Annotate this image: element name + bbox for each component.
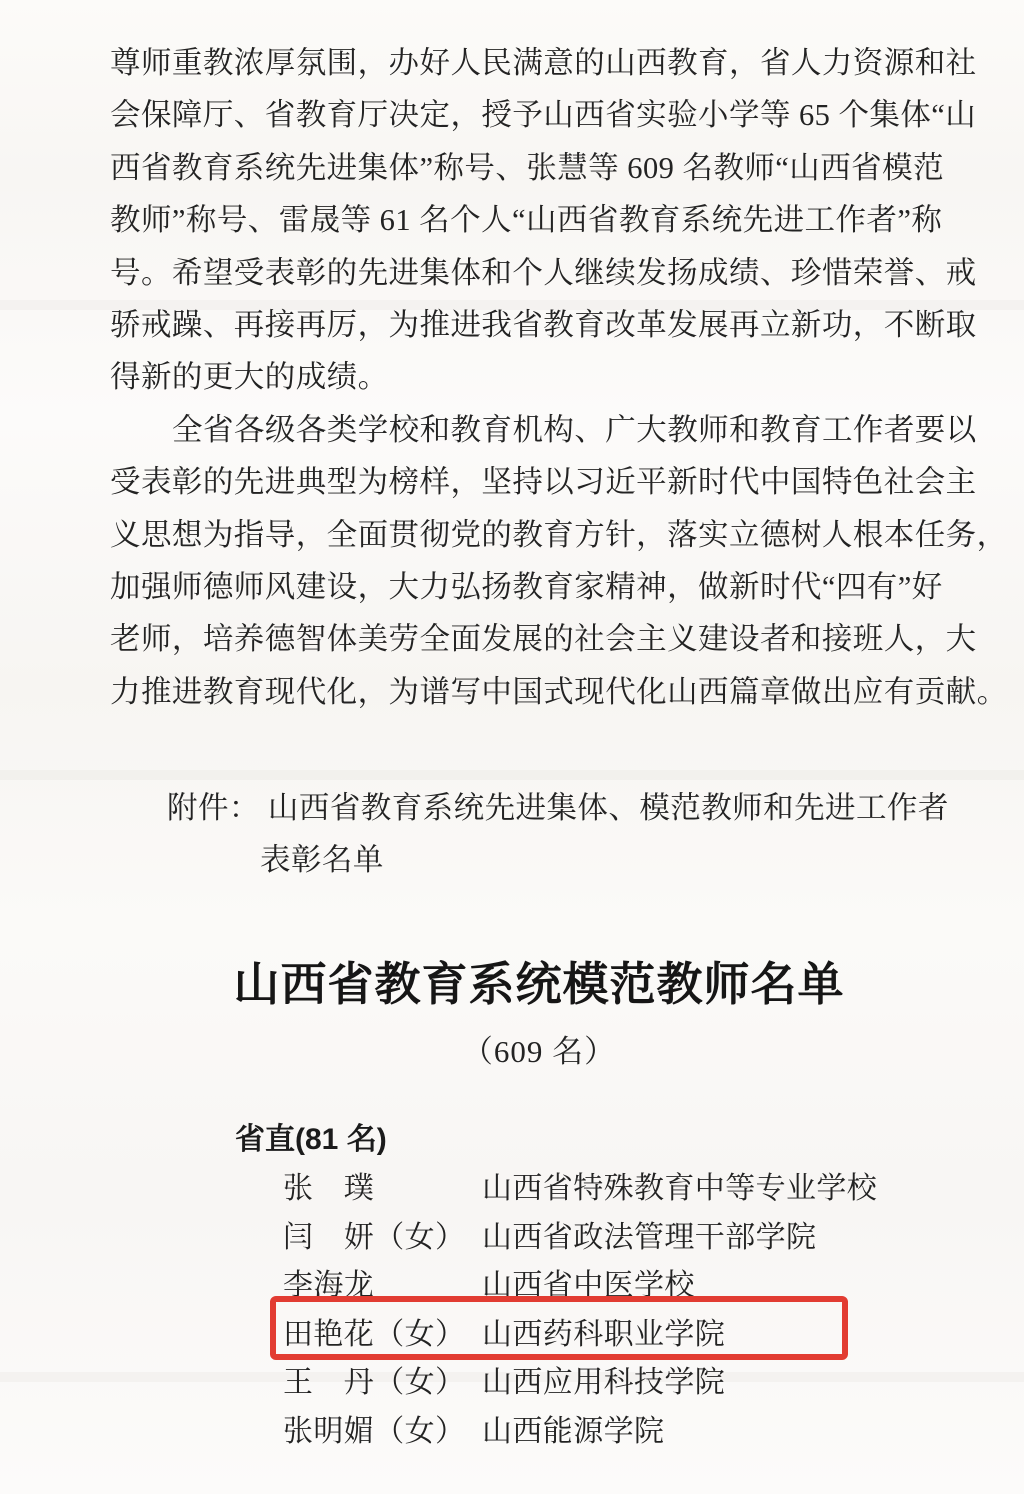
roster-subtitle: （609 名） [110,1026,968,1078]
attachment-line: 表彰名单 [260,834,967,886]
attachment-note: 附件： 山西省教育系统先进集体、模范教师和先进工作者 表彰名单 [167,782,967,887]
body-line: 号。希望受表彰的先进集体和个人继续发扬成绩、珍惜荣誉、戒 [110,247,970,299]
body-line: 老师，培养德智体美劳全面发展的社会主义建设者和接班人，大 [110,613,970,665]
teacher-name: 李海龙 [283,1260,482,1304]
teacher-school: 山西能源学院 [482,1406,664,1450]
roster-row: 闫 妍（女） 山西省政法管理干部学院 [283,1210,973,1259]
body-line: 受表彰的先进典型为榜样，坚持以习近平新时代中国特色社会主 [110,456,970,508]
teacher-school: 山西省中医学校 [482,1260,695,1304]
body-line: 教师”称号、雷晟等 61 名个人“山西省教育系统先进工作者”称 [110,194,970,246]
teacher-name: 田艳花（女） [283,1309,482,1353]
body-line: 得新的更大的成绩。 [110,351,970,403]
body-line: 全省各级各类学校和教育机构、广大教师和教育工作者要以 [110,404,970,456]
roster-group-header: 省直(81 名) [235,1116,387,1164]
roster-row: 张 璞 山西省特殊教育中等专业学校 [283,1161,973,1210]
teacher-name: 张 璞 [283,1163,482,1207]
scan-streak [0,770,1024,780]
body-line: 尊师重教浓厚氛围，办好人民满意的山西教育，省人力资源和社 [110,37,970,89]
teacher-school: 山西省政法管理干部学院 [482,1212,816,1256]
roster-row: 王 丹（女） 山西应用科技学院 [283,1355,973,1404]
teacher-school: 山西省特殊教育中等专业学校 [482,1163,877,1207]
attachment-line: 附件： 山西省教育系统先进集体、模范教师和先进工作者 [167,782,967,834]
body-line: 会保障厅、省教育厅决定，授予山西省实验小学等 65 个集体“山 [110,89,970,141]
body-line: 义思想为指导，全面贯彻党的教育方针，落实立德树人根本任务， [110,509,970,561]
roster-row: 张明媚（女） 山西能源学院 [283,1404,973,1453]
roster-title: 山西省教育系统模范教师名单 [110,953,968,1015]
body-text-block: 尊师重教浓厚氛围，办好人民满意的山西教育，省人力资源和社 会保障厅、省教育厅决定… [110,37,970,718]
teacher-name: 闫 妍（女） [283,1212,482,1256]
teacher-name: 张明媚（女） [283,1406,482,1450]
roster-list: 张 璞 山西省特殊教育中等专业学校 闫 妍（女） 山西省政法管理干部学院 李海龙… [283,1161,973,1452]
body-line: 加强师德师风建设，大力弘扬教育家精神，做新时代“四有”好 [110,561,970,613]
teacher-school: 山西药科职业学院 [482,1309,725,1353]
teacher-name: 王 丹（女） [283,1357,482,1401]
roster-row: 李海龙 山西省中医学校 [283,1258,973,1307]
roster-row-highlighted: 田艳花（女） 山西药科职业学院 [283,1307,973,1356]
body-line: 力推进教育现代化，为谱写中国式现代化山西篇章做出应有贡献。 [110,666,970,718]
body-line: 骄戒躁、再接再厉，为推进我省教育改革发展再立新功，不断取 [110,299,970,351]
teacher-school: 山西应用科技学院 [482,1357,725,1401]
body-line: 西省教育系统先进集体”称号、张慧等 609 名教师“山西省模范 [110,142,970,194]
document-page: 尊师重教浓厚氛围，办好人民满意的山西教育，省人力资源和社 会保障厅、省教育厅决定… [0,0,1024,1494]
